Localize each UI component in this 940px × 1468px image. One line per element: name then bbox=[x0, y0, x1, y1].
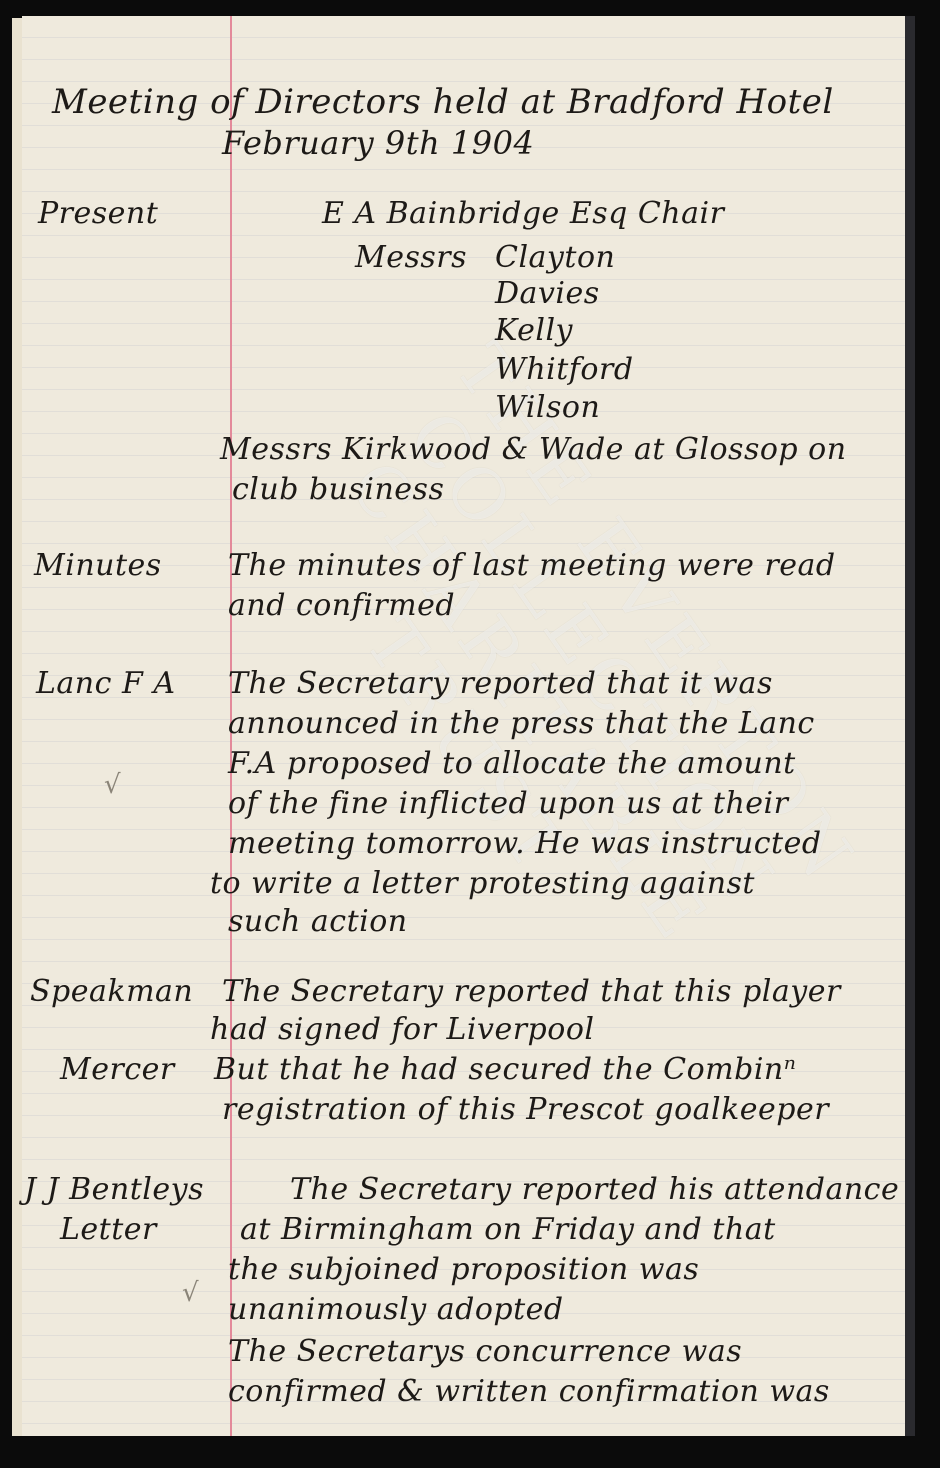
chair-line: E A Bainbridge Esq Chair bbox=[322, 196, 724, 231]
label-bentley: J J Bentleys bbox=[24, 1172, 204, 1207]
director-name: Kelly bbox=[495, 313, 573, 348]
lanc-fa-line: announced in the press that the Lanc bbox=[228, 706, 815, 741]
mercer-line: But that he had secured the Combinⁿ bbox=[214, 1052, 796, 1087]
minutes-line: and confirmed bbox=[228, 588, 455, 623]
label-present: Present bbox=[38, 196, 158, 231]
speakman-line: The Secretary reported that this player bbox=[222, 974, 841, 1009]
bentley-line: The Secretarys concurrence was bbox=[228, 1334, 742, 1369]
label-minutes: Minutes bbox=[34, 548, 162, 583]
title-line-2: February 9th 1904 bbox=[222, 124, 534, 162]
minutes-line: The minutes of last meeting were read bbox=[228, 548, 836, 583]
lanc-fa-line: of the fine inflicted upon us at their bbox=[228, 786, 788, 821]
title-line-1: Meeting of Directors held at Bradford Ho… bbox=[52, 82, 834, 122]
director-name: Wilson bbox=[495, 390, 600, 425]
label-lanc-fa: Lanc F A bbox=[36, 666, 175, 701]
bentley-line: The Secretary reported his attendance bbox=[290, 1172, 899, 1207]
label-letter: Letter bbox=[60, 1212, 157, 1247]
absent-line-1: Messrs Kirkwood & Wade at Glossop on bbox=[220, 432, 847, 467]
bentley-line: confirmed & written confirmation was bbox=[228, 1374, 830, 1409]
absent-line-2: club business bbox=[232, 472, 444, 507]
lanc-fa-line: meeting tomorrow. He was instructed bbox=[228, 826, 822, 861]
mercer-line: registration of this Prescot goalkeeper bbox=[222, 1092, 829, 1127]
bentley-line: at Birmingham on Friday and that bbox=[240, 1212, 776, 1247]
bentley-line: the subjoined proposition was bbox=[228, 1252, 699, 1287]
lanc-fa-line: The Secretary reported that it was bbox=[228, 666, 773, 701]
director-name: Clayton bbox=[495, 240, 615, 275]
bentley-line: unanimously adopted bbox=[228, 1292, 564, 1327]
lanc-fa-line: such action bbox=[228, 904, 408, 939]
label-mercer: Mercer bbox=[60, 1052, 175, 1087]
tick-mark-icon: √ bbox=[182, 1278, 199, 1308]
director-name: Davies bbox=[495, 276, 600, 311]
director-name: Whitford bbox=[495, 352, 634, 387]
messrs-label: Messrs bbox=[355, 240, 467, 275]
speakman-line: had signed for Liverpool bbox=[210, 1012, 594, 1047]
tick-mark-icon: √ bbox=[104, 770, 121, 800]
lanc-fa-line: F.A proposed to allocate the amount bbox=[228, 746, 796, 781]
label-speakman: Speakman bbox=[30, 974, 193, 1009]
lanc-fa-line: to write a letter protesting against bbox=[210, 866, 755, 901]
